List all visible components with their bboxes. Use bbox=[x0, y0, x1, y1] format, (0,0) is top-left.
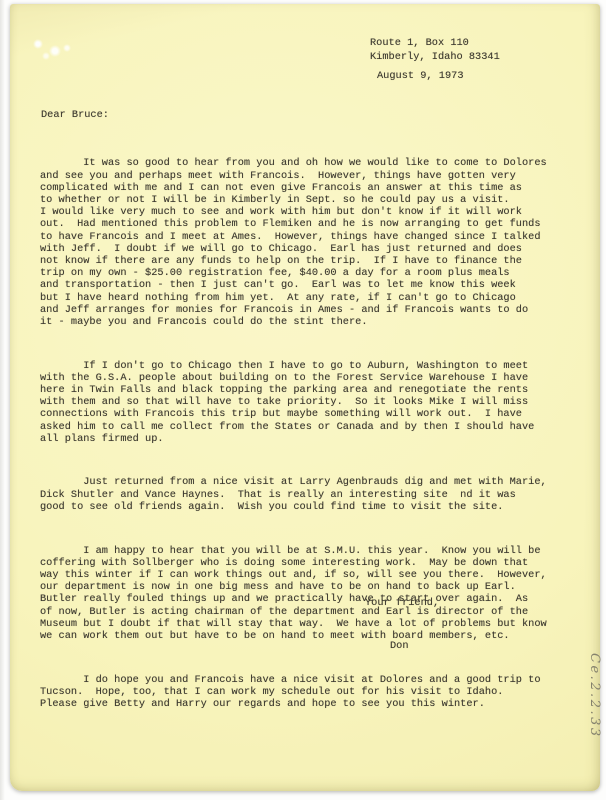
scanned-letter: Route 1, Box 110 Kimberly, Idaho 83341 A… bbox=[0, 0, 606, 800]
letter-paragraph: It was so good to hear from you and oh h… bbox=[40, 157, 585, 328]
return-address-line2: Kimberly, Idaho 83341 bbox=[370, 51, 500, 63]
archive-note-handwritten: Ce.2.2.33 bbox=[587, 653, 602, 739]
letter-body: It was so good to hear from you and oh h… bbox=[40, 133, 585, 742]
letter-paragraph: Just returned from a nice visit at Larry… bbox=[40, 476, 585, 513]
return-address: Route 1, Box 110 Kimberly, Idaho 83341 bbox=[370, 37, 500, 64]
return-address-line1: Route 1, Box 110 bbox=[370, 37, 469, 49]
letter-page: Route 1, Box 110 Kimberly, Idaho 83341 A… bbox=[10, 4, 600, 791]
salutation: Dear Bruce: bbox=[41, 109, 109, 121]
letter-paragraph: I do hope you and Francois have a nice v… bbox=[40, 674, 585, 711]
closing: Your friend, bbox=[365, 597, 439, 609]
letter-date: August 9, 1973 bbox=[377, 70, 464, 82]
signature: Don bbox=[390, 640, 409, 652]
letter-paragraph: If I don't go to Chicago then I have to … bbox=[40, 360, 585, 445]
letter-paragraph: I am happy to hear that you will be at S… bbox=[40, 545, 585, 643]
